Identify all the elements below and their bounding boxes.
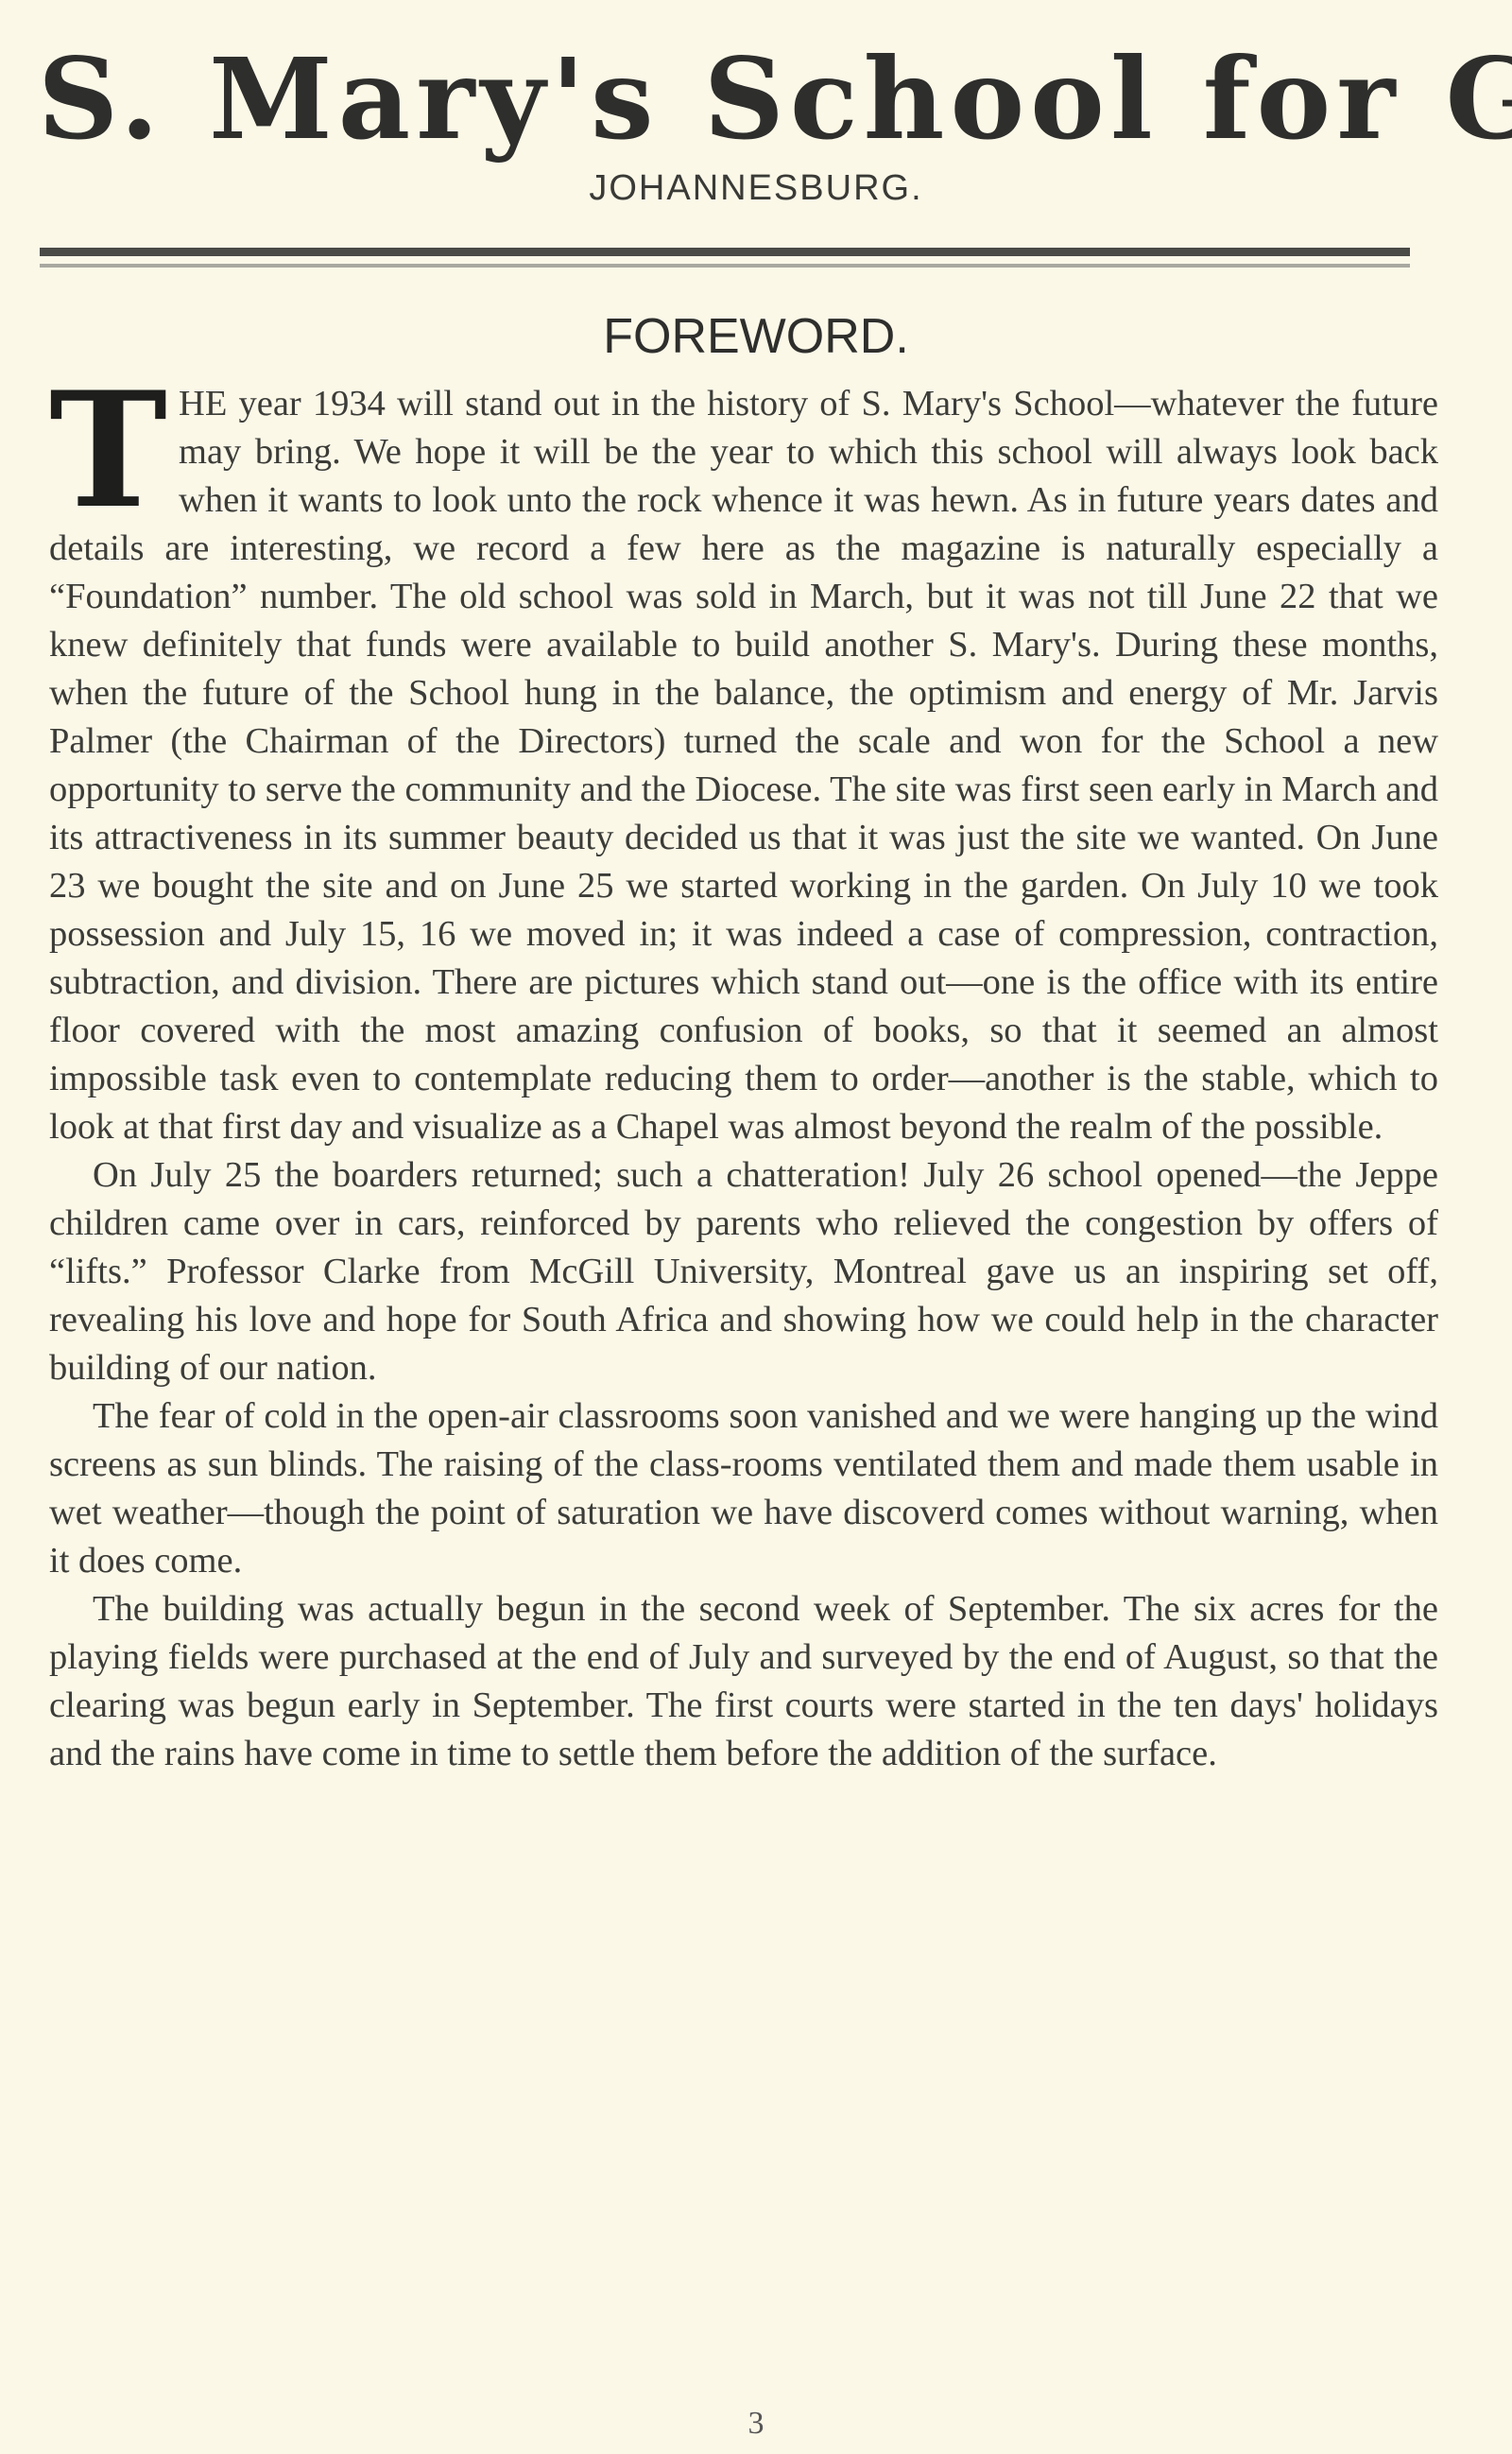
foreword-body: THE year 1934 will stand out in the hist… bbox=[49, 380, 1438, 1778]
paragraph: The building was actually begun in the s… bbox=[49, 1585, 1438, 1778]
paragraph: On July 25 the boarders returned; such a… bbox=[49, 1151, 1438, 1392]
document-page: S. Mary's School for Girls, JOHANNESBURG… bbox=[0, 0, 1512, 2454]
paragraph: The fear of cold in the open-air classro… bbox=[49, 1392, 1438, 1585]
city-subtitle: JOHANNESBURG. bbox=[0, 168, 1512, 209]
page-number: 3 bbox=[0, 2406, 1512, 2442]
section-heading: FOREWORD. bbox=[0, 308, 1512, 365]
paragraph: THE year 1934 will stand out in the hist… bbox=[49, 380, 1438, 1151]
header-rule-thick bbox=[40, 248, 1410, 256]
header-rule-thin bbox=[40, 264, 1410, 268]
paragraph-text: HE year 1934 will stand out in the histo… bbox=[49, 384, 1438, 1147]
school-title: S. Mary's School for Girls, bbox=[38, 28, 1436, 170]
drop-cap: T bbox=[49, 384, 167, 516]
